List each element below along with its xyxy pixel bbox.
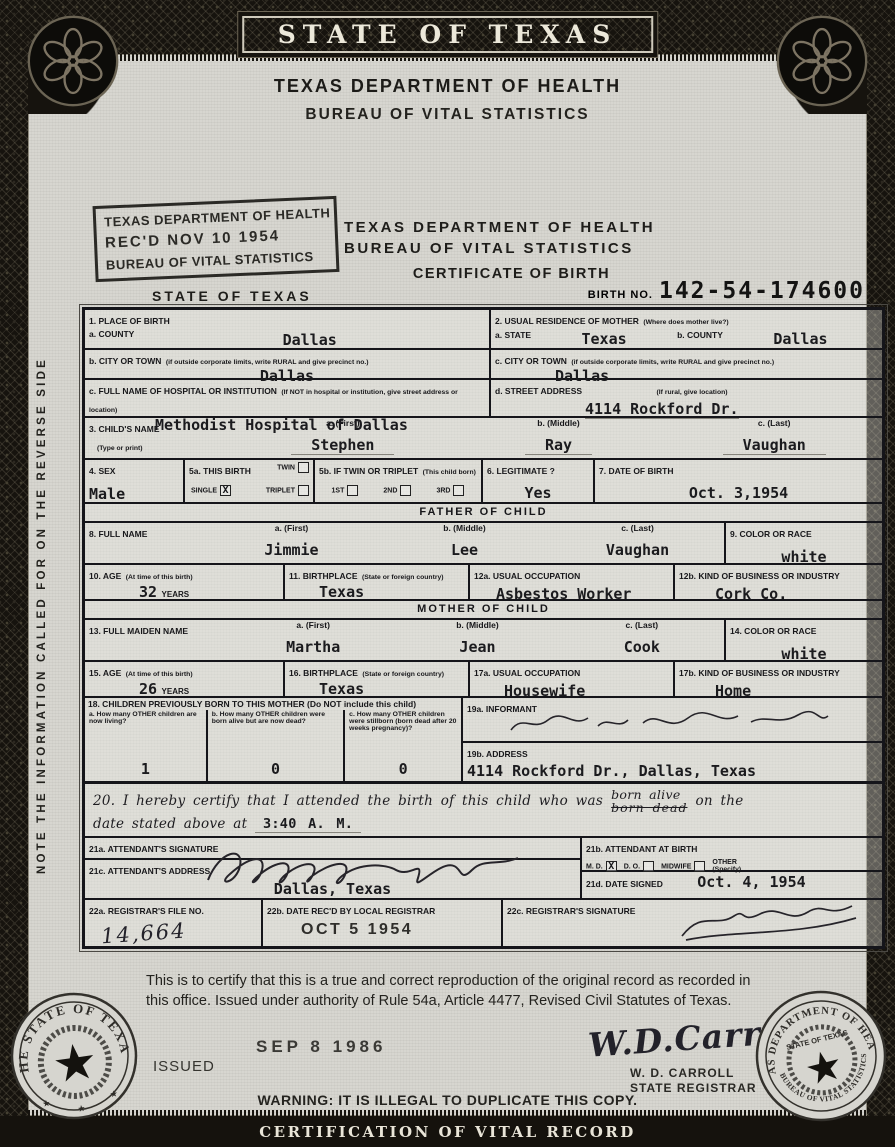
do-option: D. O. [624,861,654,872]
row-mother-stats: 15. AGE (At time of this birth) 26 YEARS… [85,662,882,698]
residence-title: 2. USUAL RESIDENCE OF MOTHER [495,316,639,326]
child-middle-label: b. (Middle) [537,418,580,428]
hospital-cell: c. FULL NAME OF HOSPITAL OR INSTITUTION … [85,380,489,416]
residence-title-paren: (Where does mother live?) [643,319,728,326]
father-last-value: Vaughan [606,541,669,559]
other-label: OTHER [712,859,741,866]
first-checkbox [347,485,358,496]
row-registrar: 22a. REGISTRAR'S FILE NO. 14,664 22b. DA… [85,900,882,946]
this-birth-cell: 5a. THIS BIRTH TWIN SINGLEX TRIPLET [185,460,315,502]
reverse-side-note: NOTE THE INFORMATION CALLED FOR ON THE R… [36,312,58,920]
residence-city-cell: c. CITY OR TOWN (if outside corporate li… [491,350,882,380]
father-first-value: Jimmie [264,541,318,559]
birth-certificate-page: STATE OF TEXAS TEXAS DEPARTMENT OF HEALT… [0,0,895,1147]
sex-cell: 4. SEX Male [85,460,185,502]
bureau-title: BUREAU OF VITAL STATISTICS [0,106,895,124]
born-dead-text: born dead [611,801,687,814]
residence-city-label: c. CITY OR TOWN [495,356,567,366]
row-birth-details: 4. SEX Male 5a. THIS BIRTH TWIN SINGLEX … [85,460,882,504]
mother-middle-col: b. (Middle) Jean [395,620,559,660]
father-occupation-value: Asbestos Worker [496,585,669,603]
father-middle-label: b. (Middle) [443,523,486,533]
children-living-cell: a. How many OTHER children are now livin… [85,710,208,781]
father-section-header-row: FATHER OF CHILD [85,504,882,523]
registrar-date-stamp: OCT 5 1954 [301,921,497,939]
father-first-label: a. (First) [275,523,309,533]
child-name-paren: (Type or print) [97,445,143,452]
row-place-residence: 1. PLACE OF BIRTH a. COUNTY Dallas b. CI… [85,310,882,418]
mother-birthplace-cell: 16. BIRTHPLACE (State or foreign country… [285,662,470,696]
reproduction-certification-text: This is to certify that this is a true a… [146,971,836,1011]
father-name-block: 8. FULL NAME a. (First) Jimmie b. (Middl… [85,523,724,563]
attendant-signature [200,840,530,892]
mother-first-col: a. (First) Martha [231,620,395,660]
residence-state-label: a. STATE [495,330,531,348]
row-mother-name: 13. FULL MAIDEN NAME a. (First) Martha b… [85,620,882,662]
mother-name-label: 13. FULL MAIDEN NAME [89,626,188,636]
row-previous-children: 18. CHILDREN PREVIOUSLY BORN TO THIS MOT… [85,698,882,784]
certify-line2: date stated above at [93,816,247,832]
mother-middle-value: Jean [459,638,495,656]
mother-occupation-cell: 17a. USUAL OCCUPATION Housewife [470,662,675,696]
first-label: 1ST [332,487,345,494]
mother-name-label-cell: 13. FULL MAIDEN NAME [85,620,231,660]
dob-value: Oct. 3,1954 [599,484,878,502]
date-signed-cell: 21d. DATE SIGNED Oct. 4, 1954 [582,872,882,898]
midwife-label: MIDWIFE [661,863,691,870]
date-signed-value: Oct. 4, 1954 [697,873,805,891]
father-business-label: 12b. KIND OF BUSINESS OR INDUSTRY [679,571,840,581]
registrar-file-cell: 22a. REGISTRAR'S FILE NO. 14,664 [85,900,263,946]
place-of-birth-block: 1. PLACE OF BIRTH a. COUNTY Dallas b. CI… [85,310,491,416]
residence-state-value: Texas [582,330,627,348]
cert-header-line1: TEXAS DEPARTMENT OF HEALTH [344,219,679,236]
cert-header-line2: BUREAU OF VITAL STATISTICS [344,240,679,257]
second-label: 2ND [383,487,397,494]
certificate-header: TEXAS DEPARTMENT OF HEALTH BUREAU OF VIT… [344,219,679,282]
mother-last-value: Cook [624,638,660,656]
birth-no-label: BIRTH NO. [588,289,653,301]
twin-triplet-label: 5b. IF TWIN OR TRIPLET [319,466,418,476]
mother-birthplace-value: Texas [319,680,464,698]
stamp-line2: REC'D NOV 10 1954 [105,226,328,252]
born-alive-dead-stack: born alive born dead [611,788,687,814]
certify-text-post: on the [696,793,744,809]
child-last-value: Vaughan [723,436,826,455]
registrar-date-label: 22b. DATE REC'D BY LOCAL REGISTRAR [267,906,435,916]
place-city-paren: (if outside corporate limits, write RURA… [166,359,369,366]
cert-text-line1: This is to certify that this is a true a… [146,971,836,991]
do-checkbox [643,861,654,872]
legitimate-value: Yes [487,484,589,502]
mother-business-cell: 17b. KIND OF BUSINESS OR INDUSTRY Home [675,662,882,696]
child-name-label: 3. CHILD'S NAME [89,424,160,434]
row-attendant: 21a. ATTENDANT'S SIGNATURE 21c. ATTENDAN… [85,838,882,900]
father-section-header: FATHER OF CHILD [85,504,882,521]
mother-occupation-label: 17a. USUAL OCCUPATION [474,668,580,678]
children-living-label: a. How many OTHER children are now livin… [89,711,202,725]
md-option: M. D.X [586,861,617,872]
children-stillborn-label: c. How many OTHER children were stillbor… [349,711,457,732]
mother-age-value: 26 [139,680,157,698]
mother-middle-label: b. (Middle) [456,620,499,630]
children-stillborn-cell: c. How many OTHER children were stillbor… [345,710,461,781]
informant-address-label: 19b. ADDRESS [467,749,528,759]
mother-race-cell: 14. COLOR OR RACE white [724,620,882,660]
father-business-cell: 12b. KIND OF BUSINESS OR INDUSTRY Cork C… [675,565,882,599]
mother-age-paren: (At time of this birth) [126,671,193,678]
registrar-signature [674,900,874,942]
twin-label: TWIN [277,464,295,471]
attendant-left-block: 21a. ATTENDANT'S SIGNATURE 21c. ATTENDAN… [85,838,582,898]
father-race-cell: 9. COLOR OR RACE white [724,523,882,563]
street-value: 4114 Rockford Dr. [585,400,739,419]
informant-block: 19a. INFORMANT 19b. ADDRESS 4114 Rockfor… [463,698,882,781]
children-living-value: 1 [141,760,150,778]
place-city-label: b. CITY OR TOWN [89,356,161,366]
street-paren: (If rural, give location) [657,389,728,396]
other-option: OTHER (Specify) [712,859,741,873]
seal-star-small: ★ [42,1098,51,1109]
seal-star-icon: ★ [49,1032,101,1094]
mother-first-value: Martha [286,638,340,656]
state-of-texas-seal: THE STATE OF TEXAS. ★ ★ ★ ★ [0,981,149,1130]
received-stamp: TEXAS DEPARTMENT OF HEALTH REC'D NOV 10 … [93,196,340,282]
row-father-stats: 10. AGE (At time of this birth) 32 YEARS… [85,565,882,601]
residence-block: 2. USUAL RESIDENCE OF MOTHER (Where does… [491,310,882,416]
mother-age-label: 15. AGE [89,668,121,678]
place-city-cell: b. CITY OR TOWN (if outside corporate li… [85,350,489,380]
previous-children-title: 18. CHILDREN PREVIOUSLY BORN TO THIS MOT… [85,698,461,710]
father-last-label: c. (Last) [621,523,654,533]
child-middle-value: Ray [525,436,592,455]
father-birthplace-paren: (State or foreign country) [362,574,444,581]
father-occupation-label: 12a. USUAL OCCUPATION [474,571,580,581]
informant-signature [503,706,833,736]
place-county-cell: 1. PLACE OF BIRTH a. COUNTY Dallas [85,310,489,350]
triplet-label: TRIPLET [266,487,295,494]
father-race-value: white [730,548,878,566]
registrar-signature-label: 22c. REGISTRAR'S SIGNATURE [507,906,635,916]
mother-section-header-row: MOTHER OF CHILD [85,601,882,620]
father-middle-value: Lee [451,541,478,559]
midwife-checkbox [694,861,705,872]
previous-children-block: 18. CHILDREN PREVIOUSLY BORN TO THIS MOT… [85,698,463,781]
state-registrar-name: W. D. CARROLL [630,1066,734,1080]
dob-label: 7. DATE OF BIRTH [599,466,673,476]
residence-city-paren: (if outside corporate limits, write RURA… [571,359,774,366]
md-checkbox: X [606,861,617,872]
mother-birthplace-paren: (State or foreign country) [362,671,444,678]
single-checkbox: X [220,485,231,496]
twin-option: TWIN [277,462,309,473]
dept-of-health-title: TEXAS DEPARTMENT OF HEALTH [0,76,895,97]
stamp-line3: BUREAU OF VITAL STATISTICS [106,248,328,272]
registrar-file-label: 22a. REGISTRAR'S FILE NO. [89,906,204,916]
mother-age-cell: 15. AGE (At time of this birth) 26 YEARS [85,662,285,696]
father-middle-col: b. (Middle) Lee [378,523,551,563]
child-last-label: c. (Last) [758,418,791,428]
top-fringe [28,54,867,61]
place-county-value: Dallas [283,331,337,349]
children-dead-label: b. How many OTHER children were born ali… [212,711,339,725]
third-checkbox [453,485,464,496]
informant-address-value: 4114 Rockford Dr., Dallas, Texas [467,762,878,780]
sex-value: Male [89,485,179,503]
mother-race-label: 14. COLOR OR RACE [730,626,816,636]
child-first-value: Stephen [291,436,394,455]
birth-no-value: 142-54-174600 [659,278,865,304]
md-label: M. D. [586,863,603,870]
birth-certificate-form: 1. PLACE OF BIRTH a. COUNTY Dallas b. CI… [82,307,885,949]
first-option: 1ST [332,485,359,496]
father-last-col: c. (Last) Vaughan [551,523,724,563]
birth-number: BIRTH NO. 142-54-174600 [588,278,865,304]
twin-triplet-cell: 5b. IF TWIN OR TRIPLET (This child born)… [315,460,483,502]
seal-star-small: ★ [109,1088,118,1099]
father-years-label: YEARS [162,590,190,599]
residence-county-value: Dallas [773,330,827,348]
twin-checkbox [298,462,309,473]
father-business-value: Cork Co. [715,585,878,603]
informant-cell: 19a. INFORMANT [463,698,882,743]
attendant-signature-label: 21a. ATTENDANT'S SIGNATURE [89,844,218,854]
father-age-paren: (At time of this birth) [126,574,193,581]
state-of-texas-banner: STATE OF TEXAS [242,16,654,53]
second-checkbox [400,485,411,496]
row-father-name: 8. FULL NAME a. (First) Jimmie b. (Middl… [85,523,882,565]
dob-cell: 7. DATE OF BIRTH Oct. 3,1954 [595,460,882,502]
attendant-at-birth-label: 21b. ATTENDANT AT BIRTH [586,844,697,854]
father-birthplace-cell: 11. BIRTHPLACE (State or foreign country… [285,565,470,599]
twin-triplet-paren: (This child born) [423,469,476,476]
father-name-label-cell: 8. FULL NAME [85,523,205,563]
father-first-col: a. (First) Jimmie [205,523,378,563]
certify-text-pre: 20. I hereby certify that I attended the… [93,793,603,809]
third-option: 3RD [436,485,464,496]
single-label: SINGLE [191,487,217,494]
midwife-option: MIDWIFE [661,861,705,872]
stamp-line1: TEXAS DEPARTMENT OF HEALTH [104,205,326,229]
mother-years-label: YEARS [162,687,190,696]
issued-date-stamp: SEP 8 1986 [256,1037,386,1057]
state-of-texas-label: STATE OF TEXAS [152,288,312,304]
hospital-label: c. FULL NAME OF HOSPITAL OR INSTITUTION [89,386,277,396]
child-name-label-cell: 3. CHILD'S NAME (Type or print) [85,418,235,458]
mother-last-col: c. (Last) Cook [560,620,724,660]
triplet-option: TRIPLET [266,485,309,496]
children-stillborn-value: 0 [399,760,408,778]
mother-first-label: a. (First) [296,620,330,630]
sex-label: 4. SEX [89,466,115,476]
mother-section-header: MOTHER OF CHILD [85,601,882,618]
mother-last-label: c. (Last) [626,620,659,630]
children-dead-cell: b. How many OTHER children were born ali… [208,710,345,781]
street-cell: d. STREET ADDRESS (If rural, give locati… [491,380,882,416]
father-age-cell: 10. AGE (At time of this birth) 32 YEARS [85,565,285,599]
birth-time-value: 3:40 A. M. [255,816,361,833]
father-name-label: 8. FULL NAME [89,529,147,539]
issued-label: ISSUED [153,1058,215,1075]
attendant-right-block: 21b. ATTENDANT AT BIRTH M. D.X D. O. MID… [582,838,882,898]
mother-name-block: 13. FULL MAIDEN NAME a. (First) Martha b… [85,620,724,660]
children-dead-value: 0 [271,760,280,778]
father-age-label: 10. AGE [89,571,121,581]
registrar-signature-cell: 22c. REGISTRAR'S SIGNATURE [503,900,882,946]
registrar-date-cell: 22b. DATE REC'D BY LOCAL REGISTRAR OCT 5… [263,900,503,946]
legitimate-cell: 6. LEGITIMATE ? Yes [483,460,595,502]
county-label: a. COUNTY [89,329,134,349]
date-signed-label: 21d. DATE SIGNED [586,879,663,889]
cert-text-line2: this office. Issued under authority of R… [146,991,836,1011]
third-label: 3RD [436,487,450,494]
triplet-checkbox [298,485,309,496]
father-birthplace-label: 11. BIRTHPLACE [289,571,358,581]
mother-race-value: white [730,645,878,663]
place-title: 1. PLACE OF BIRTH [89,316,170,326]
second-option: 2ND [383,485,411,496]
father-birthplace-value: Texas [319,583,464,601]
father-occupation-cell: 12a. USUAL OCCUPATION Asbestos Worker [470,565,675,599]
this-birth-label: 5a. THIS BIRTH [189,466,251,476]
mother-birthplace-label: 16. BIRTHPLACE [289,668,358,678]
bottom-banner: CERTIFICATION OF VITAL RECORD [0,1116,895,1147]
seal-star-small: ★ [77,1103,86,1114]
attendant-at-birth-cell: 21b. ATTENDANT AT BIRTH M. D.X D. O. MID… [582,838,882,872]
single-option: SINGLEX [191,485,231,496]
attendant-address-label: 21c. ATTENDANT'S ADDRESS [89,866,210,876]
residence-state-county-cell: 2. USUAL RESIDENCE OF MOTHER (Where does… [491,310,882,350]
row-certify-statement: 20. I hereby certify that I attended the… [85,784,882,838]
residence-county-label: b. COUNTY [677,330,723,348]
father-age-value: 32 [139,583,157,601]
father-race-label: 9. COLOR OR RACE [730,529,812,539]
street-label: d. STREET ADDRESS [495,386,582,396]
mother-business-label: 17b. KIND OF BUSINESS OR INDUSTRY [679,668,840,678]
informant-address-cell: 19b. ADDRESS 4114 Rockford Dr., Dallas, … [463,743,882,781]
legitimate-label: 6. LEGITIMATE ? [487,466,555,476]
child-last-col: c. (Last) Vaughan [666,418,882,458]
registrar-file-value: 14,664 [100,914,257,949]
bottom-banner-text: CERTIFICATION OF VITAL RECORD [259,1123,636,1141]
do-label: D. O. [624,863,640,870]
